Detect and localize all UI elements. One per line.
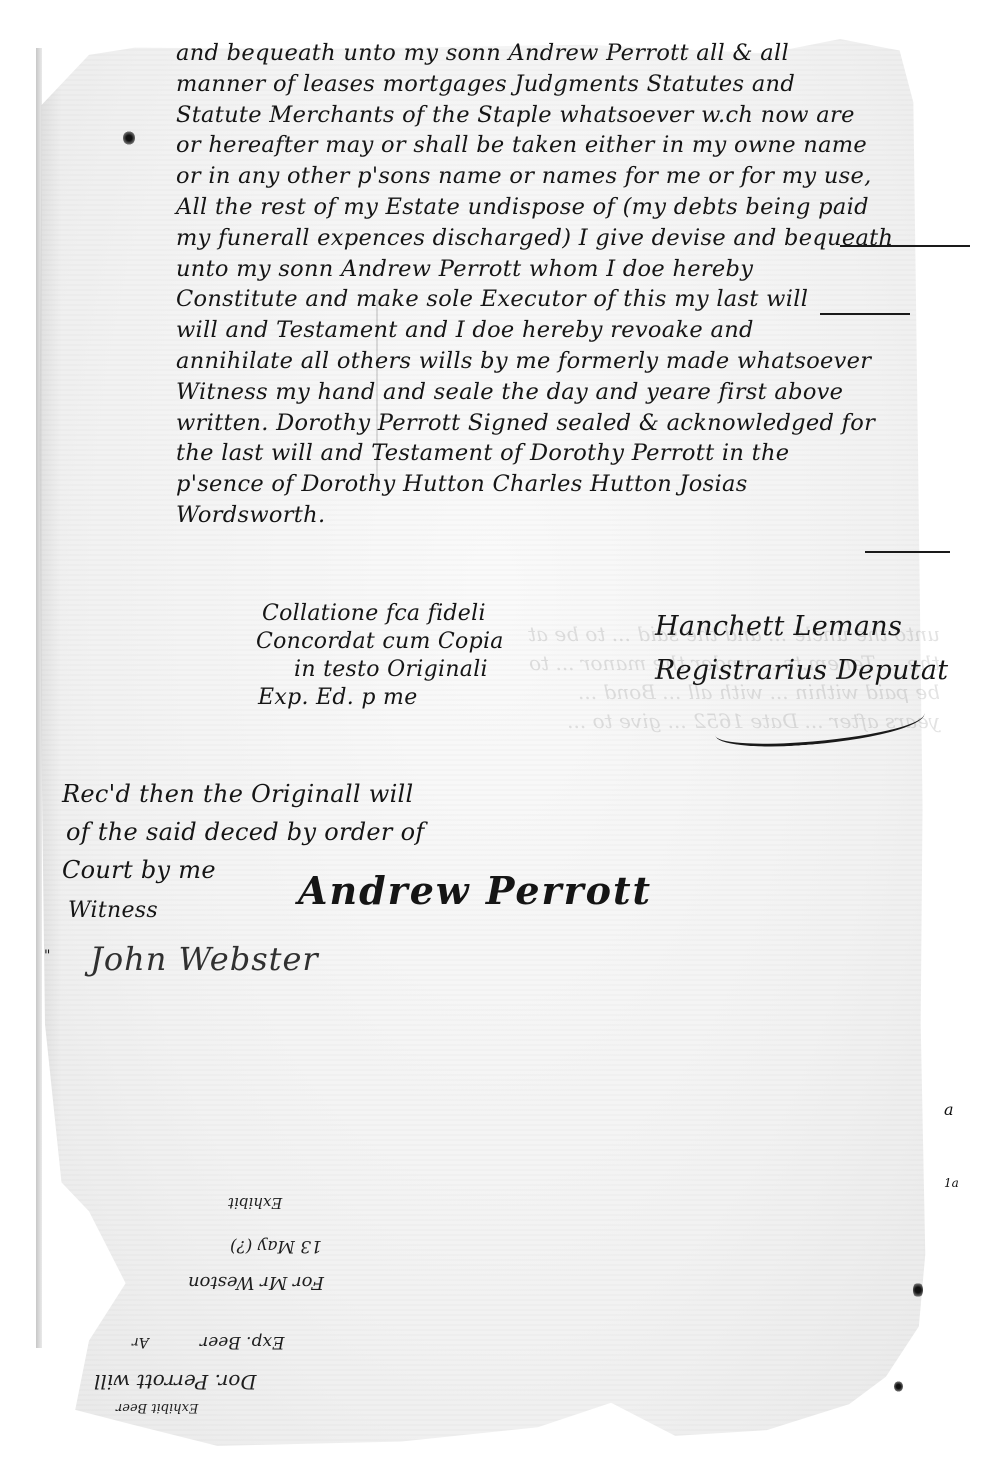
collation-line: in testo Originali [294,656,676,684]
line-filler-stroke [820,313,910,315]
endorsement-line: For Mr Weston [188,1272,324,1293]
collation-line: Collatione fca fideli [262,600,676,628]
ink-blot [913,1282,923,1298]
will-line: All the rest of my Estate undispose of (… [176,192,966,223]
endorsement-line: Exp. Beer [200,1332,284,1352]
will-line: or in any other p'sons name or names for… [176,161,966,192]
will-line: will and Testament and I doe hereby revo… [176,315,966,346]
will-line: unto my sonn Andrew Perrott whom I doe h… [176,254,966,285]
ink-blot [894,1381,903,1392]
endorsement-line: Exhibit Beer [116,1400,198,1415]
will-line: and bequeath unto my sonn Andrew Perrott… [176,38,966,69]
collation-line: Exp. Ed. p me [258,684,676,712]
will-line: the last will and Testament of Dorothy P… [176,438,966,469]
will-line: annihilate all others wills by me former… [176,346,966,377]
margin-mark: " [44,948,51,964]
registrar-title: Registrarius Deputat [655,649,985,693]
will-line: p'sence of Dorothy Hutton Charles Hutton… [176,469,966,500]
page-mark: a [944,1100,954,1119]
collation-line: Concordat cum Copia [256,628,676,656]
will-line: manner of leases mortgages Judgments Sta… [176,69,966,100]
will-line: Statute Merchants of the Staple whatsoev… [176,100,966,131]
executor-signature: Andrew Perrott [298,868,652,913]
registrar-name: Hanchett Lemans [655,605,985,649]
endorsement-line: 13 May (?) [230,1236,322,1256]
page-edge-shadow [36,48,42,1348]
will-text-body: and bequeath unto my sonn Andrew Perrott… [176,38,966,531]
witness-label: Witness [68,898,158,923]
probate-line: of the said deced by order of [66,813,662,851]
line-filler-stroke [840,245,970,247]
endorsement-line: Dor. Perrott will [94,1370,256,1394]
will-line: or hereafter may or shall be taken eithe… [176,130,966,161]
page-mark: 1a [944,1176,959,1190]
will-line: Witness my hand and seale the day and ye… [176,377,966,408]
witness-signature: John Webster [90,940,319,978]
probate-line: Rec'd then the Originall will [62,775,662,813]
will-line: my funerall expences discharged) I give … [176,223,966,254]
paper-hole [123,131,135,145]
endorsement-line: Exhibit [228,1194,282,1212]
line-filler-stroke [865,551,950,553]
will-line: Wordsworth. [176,500,966,531]
registrar-signature: Hanchett Lemans Registrarius Deputat [655,605,985,693]
will-line: written. Dorothy Perrott Signed sealed &… [176,408,966,439]
will-line: Constitute and make sole Executor of thi… [176,284,966,315]
endorsement-line: Ar [132,1334,149,1350]
collation-note: Collatione fca fideli Concordat cum Copi… [256,600,676,712]
